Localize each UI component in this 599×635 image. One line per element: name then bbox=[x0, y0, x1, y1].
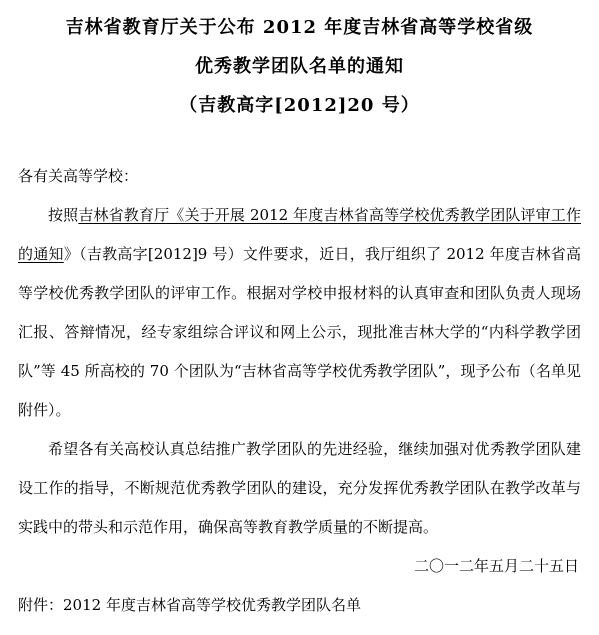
document-page: 吉林省教育厅关于公布 2012 年度吉林省高等学校省级 优秀教学团队名单的通知 … bbox=[0, 0, 599, 635]
paragraph-approval: 按照吉林省教育厅《关于开展 2012 年度吉林省高等学校优秀教学团队评审工作的通… bbox=[18, 196, 581, 430]
salutation: 各有关高等学校： bbox=[18, 157, 581, 196]
document-title-line2: 优秀教学团队名单的通知 bbox=[18, 47, 581, 86]
attachment-note: 附件：2012 年度吉林省高等学校优秀教学团队名单 bbox=[18, 586, 581, 625]
document-title-line1: 吉林省教育厅关于公布 2012 年度吉林省高等学校省级 bbox=[18, 8, 581, 47]
document-content: 吉林省教育厅关于公布 2012 年度吉林省高等学校省级 优秀教学团队名单的通知 … bbox=[0, 0, 599, 625]
document-number: （吉教高字[2012]20 号） bbox=[18, 86, 581, 125]
document-body: 各有关高等学校： 按照吉林省教育厅《关于开展 2012 年度吉林省高等学校优秀教… bbox=[18, 157, 581, 625]
paragraph-approval-prefix: 按照 bbox=[48, 206, 78, 224]
document-date: 二〇一二年五月二十五日 bbox=[18, 547, 581, 586]
paragraph-approval-rest: 》（吉教高字[2012]9 号）文件要求，近日，我厅组织了 2012 年度吉林省… bbox=[18, 245, 581, 419]
paragraph-expectations: 希望各有关高校认真总结推广教学团队的先进经验，继续加强对优秀教学团队建设工作的指… bbox=[18, 430, 581, 547]
